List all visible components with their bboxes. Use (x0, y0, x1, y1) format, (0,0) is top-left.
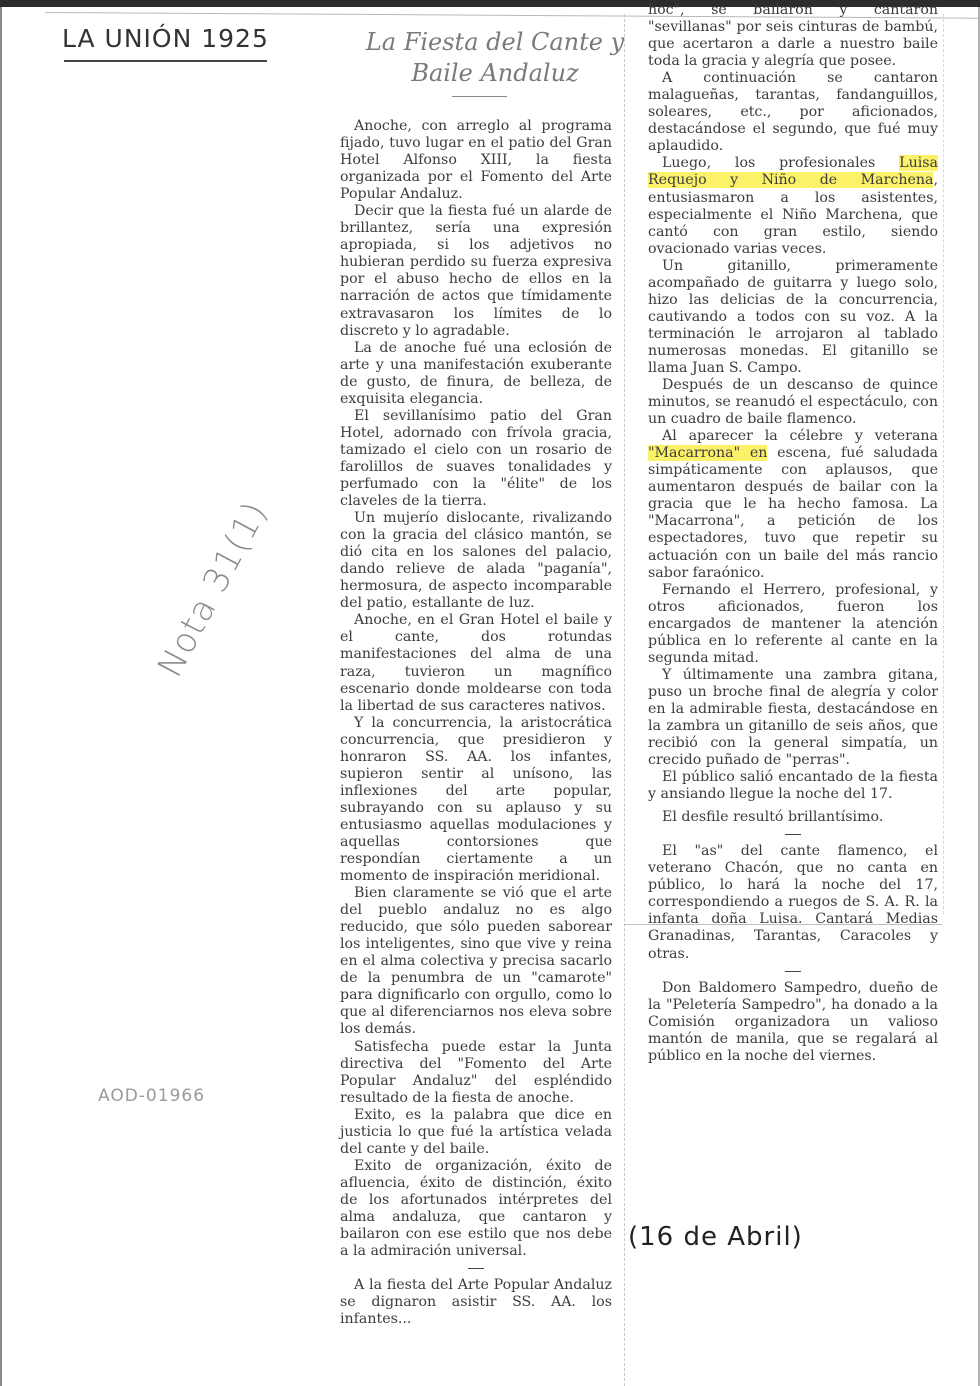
clipping-right-edge (943, 14, 945, 914)
headline-rule (452, 96, 507, 97)
paragraph: Fernando el Herrero, profesional, y otro… (648, 582, 938, 667)
paragraph: El sevillanísimo patio del Gran Hotel, a… (340, 408, 612, 510)
headline-line-2: Baile Andaluz (355, 58, 635, 89)
section-separator (785, 834, 801, 835)
text: escena, fué saludada simpáticamente con … (648, 445, 938, 580)
paragraph: El público salió encantado de la fiesta … (648, 769, 938, 803)
box-rule (624, 924, 942, 925)
paragraph: Bien claramente se vió que el arte del p… (340, 885, 612, 1038)
handwritten-note-label: Nota 31(1) (150, 495, 276, 684)
paragraph: Exito de organización, éxito de afluenci… (340, 1158, 612, 1260)
paragraph: Un mujerío dislocante, rivalizando con l… (340, 510, 612, 612)
paragraph: Y la concurrencia, la aristocrática conc… (340, 715, 612, 885)
paragraph: Anoche, en el Gran Hotel el baile y el c… (340, 612, 612, 714)
article-right-column: hoc", se bailaron y cantaron "sevillanas… (648, 2, 938, 1065)
paragraph: Un gitanillo, primeramente acompañado de… (648, 258, 938, 377)
paragraph: El desfile resultó brillantísimo. (648, 809, 938, 826)
paragraph: La de anoche fué una eclosión de arte y … (340, 340, 612, 408)
paragraph: Satisfecha puede estar la Junta directiv… (340, 1039, 612, 1107)
paragraph: A la fiesta del Arte Popular Andaluz se … (340, 1277, 612, 1328)
paragraph: A continuación se cantaron malagueñas, t… (648, 70, 938, 155)
handwritten-date-label: (16 de Abril) (628, 1222, 803, 1252)
paragraph: Don Baldomero Sampedro, dueño de la "Pel… (648, 980, 938, 1065)
headline-line-1: La Fiesta del Cante y (355, 27, 635, 58)
paragraph: El "as" del cante flamenco, el veterano … (648, 843, 938, 962)
paragraph: Después de un descanso de quince minutos… (648, 377, 938, 428)
highlight-macarrona: "Macarrona" en (648, 445, 767, 461)
paragraph: Exito, es la palabra que dice en justici… (340, 1107, 612, 1158)
section-separator (468, 1268, 484, 1269)
paragraph: Anoche, con arreglo al programa fijado, … (340, 118, 612, 203)
text: Luego, los profesionales (662, 155, 899, 171)
handwritten-source-label: LA UNIÓN 1925 (62, 24, 269, 53)
column-divider (624, 14, 626, 1386)
paragraph-highlighted-performers: Luego, los profesionales Luisa Requejo y… (648, 155, 938, 257)
handwritten-archive-code: AOD-01966 (98, 1086, 205, 1106)
paragraph: Y últimamente una zambra gitana, puso un… (648, 667, 938, 769)
paragraph-highlighted-macarrona: Al aparecer la célebre y veterana "Macar… (648, 428, 938, 581)
article-headline: La Fiesta del Cante y Baile Andaluz (355, 27, 635, 89)
section-separator (785, 971, 801, 972)
paragraph: Decir que la fiesta fué un alarde de bri… (340, 203, 612, 339)
text: Al aparecer la célebre y veterana (662, 428, 938, 444)
source-label-underline (64, 60, 267, 62)
article-left-column: Anoche, con arreglo al programa fijado, … (340, 118, 612, 1328)
scan-left-edge (0, 7, 2, 1386)
paragraph: hoc", se bailaron y cantaron "sevillanas… (648, 2, 938, 70)
